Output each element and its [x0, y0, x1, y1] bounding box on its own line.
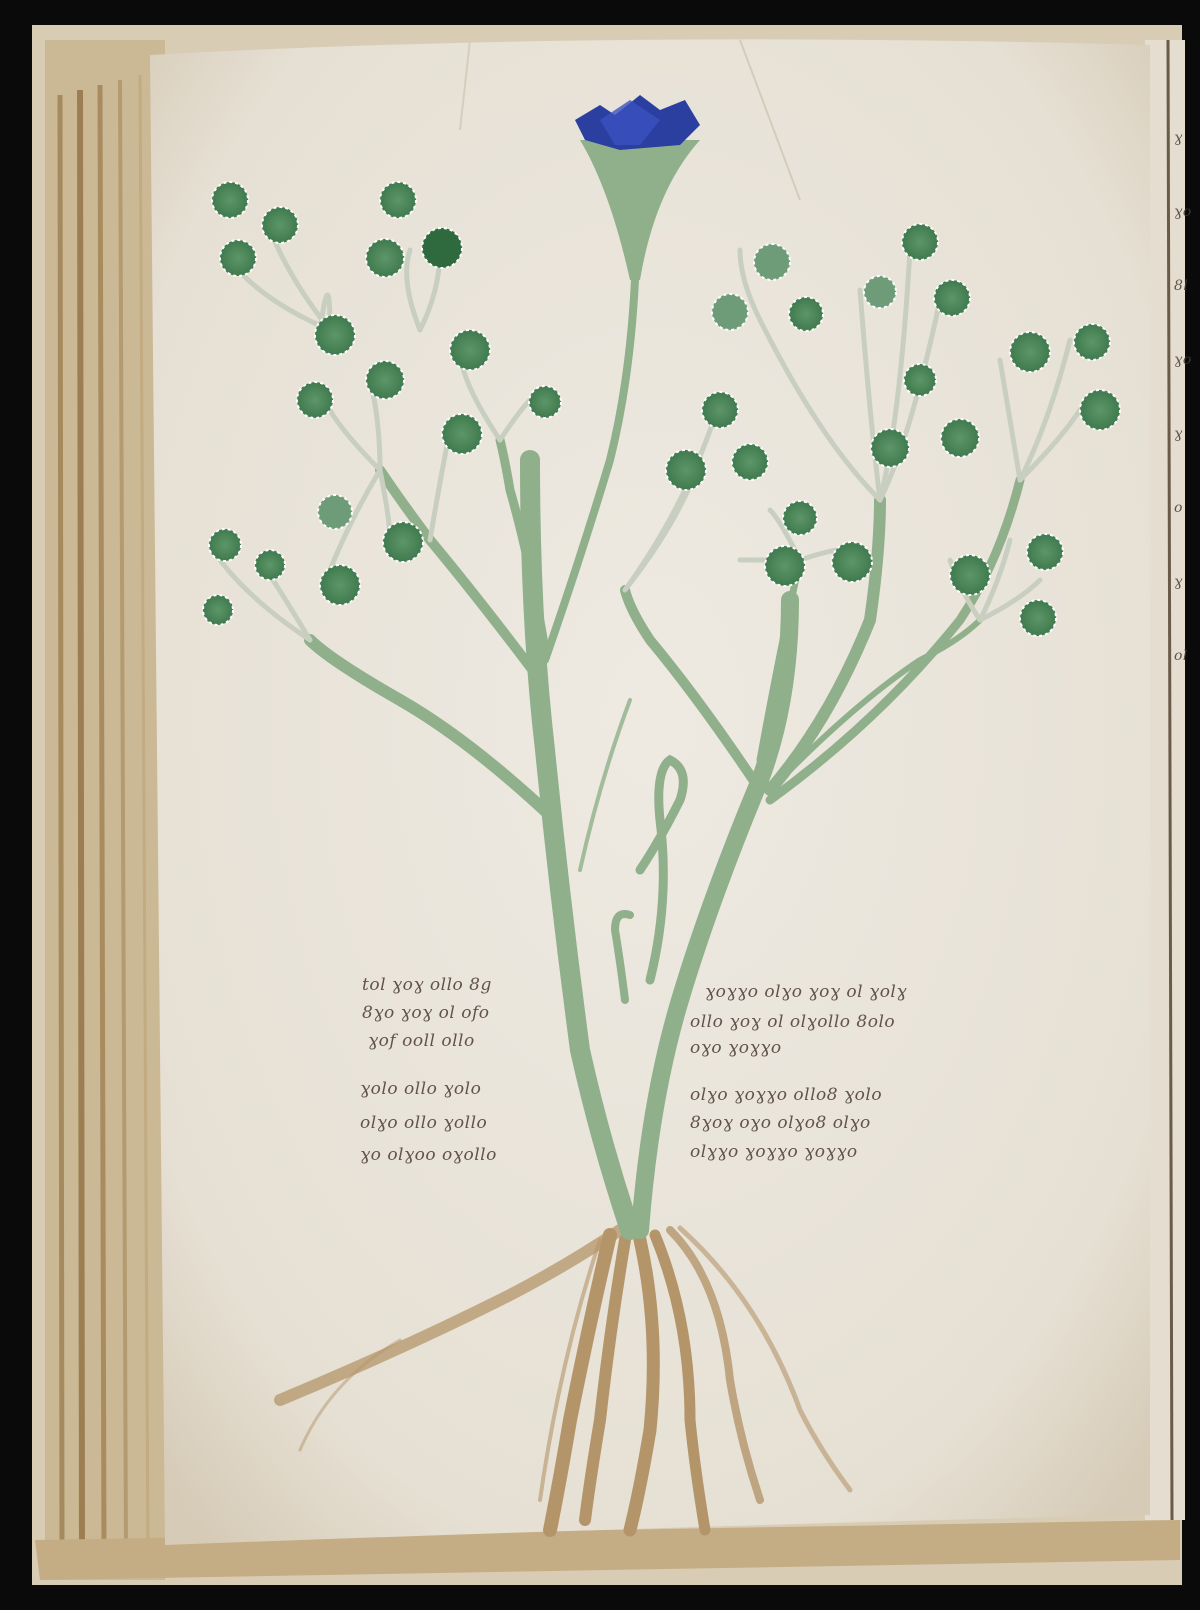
script-line: ɣof ooll ollo: [368, 1031, 475, 1051]
script-line: oɣo ɣoɣɣo: [690, 1038, 782, 1058]
script-line: ɣolo ollo ɣolo: [360, 1079, 481, 1099]
manuscript-illustration: [0, 0, 1200, 1610]
script-line: olɣo ollo ɣollo: [360, 1113, 487, 1133]
script-line: ɣoɣɣo olɣo ɣoɣ ol ɣolɣ: [705, 982, 907, 1002]
manuscript-photo: tol ɣoɣ ollo 8g 8ɣo ɣoɣ ol ofo ɣof ooll …: [0, 0, 1200, 1610]
script-line: ollo ɣoɣ ol olɣollo 8olo: [690, 1012, 895, 1032]
script-line: olɣo ɣoɣɣo ollo8 ɣolo: [690, 1085, 882, 1105]
script-line: ɣo olɣoo oɣollo: [360, 1145, 497, 1165]
script-line: 8ɣo ɣoɣ ol ofo: [362, 1003, 490, 1023]
script-line: 8ɣoɣ oɣo olɣo8 olɣo: [690, 1113, 871, 1133]
script-line: olɣɣo ɣoɣɣo ɣoɣɣo: [690, 1142, 858, 1162]
script-line: tol ɣoɣ ollo 8g: [362, 975, 492, 995]
facing-page-marks: ɣ ɣo 8l ɣo ɣ o ɣ ol: [1174, 130, 1200, 722]
